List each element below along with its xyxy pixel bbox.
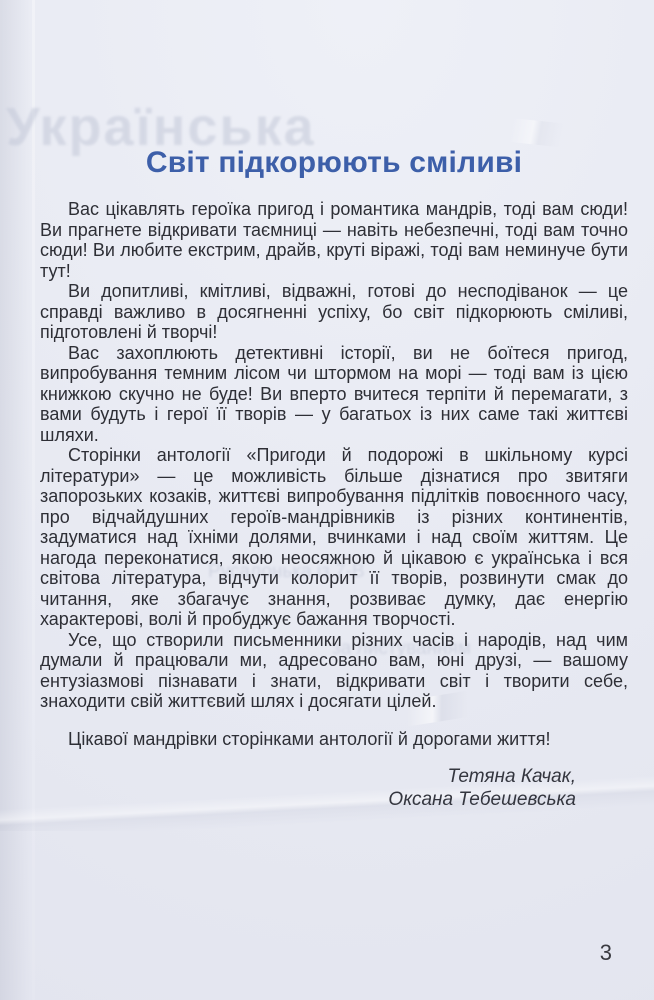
page-content: Світ підкорюють сміливі Вас цікавлять ге… [40, 146, 628, 811]
page-title: Світ підкорюють сміливі [40, 146, 628, 180]
page-number: 3 [600, 940, 612, 966]
body-paragraph: Сторінки антології «Пригоди й подорожі в… [40, 445, 628, 630]
author-name: Оксана Тебешевська [40, 788, 576, 811]
body-paragraph: Вас захоплюють детективні історії, ви не… [40, 343, 628, 446]
body-paragraph: Усе, що створили письменники різних часі… [40, 630, 628, 712]
author-name: Тетяна Качак, [40, 765, 576, 788]
body-paragraph: Ви допитливі, кмітливі, відважні, готові… [40, 281, 628, 343]
closing-wish: Цікавої мандрівки сторінками антології й… [40, 729, 628, 750]
book-page: Українська Русалонька із 7-В за листуван… [0, 0, 654, 1000]
body-paragraph: Вас цікавлять героїка пригод і романтика… [40, 199, 628, 281]
authors-signature: Тетяна Качак, Оксана Тебешевська [40, 765, 628, 811]
